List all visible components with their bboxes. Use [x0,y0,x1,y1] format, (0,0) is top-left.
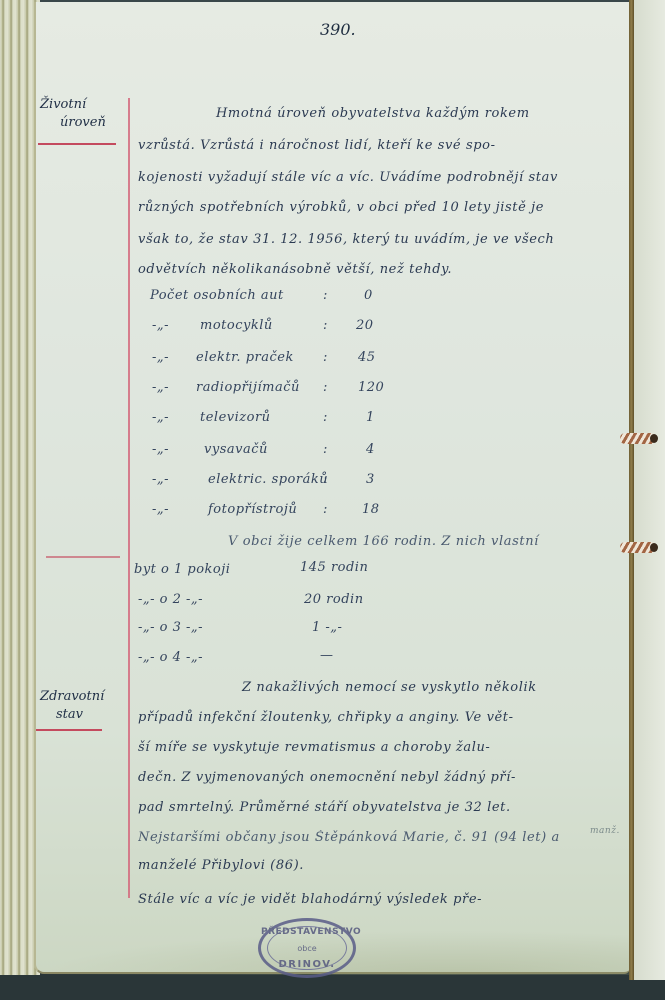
inventory-sep: : [323,472,328,487]
inventory-value: 3 [366,472,375,487]
inventory-item: elektric. sporáků [208,472,328,487]
paragraph-line: Hmotná úroveň obyvatelstva každým rokem [138,106,588,121]
ditto-mark: -„- [152,472,169,487]
margin-divider [46,556,120,558]
inventory-item: televizorů [200,410,271,425]
inventory-value: 20 [356,318,374,333]
inventory-sep: : [323,380,328,395]
inventory-value: 120 [358,380,384,395]
next-page-edge [634,0,665,980]
housing-intro: V obci žije celkem 166 rodin. Z nich vla… [138,534,588,549]
ditto-mark: -„- [152,410,169,425]
inventory-item: vysavačů [204,442,268,457]
housing-families: 20 rodin [304,592,364,607]
stamp-bottom-text: DRINOV. [261,959,353,970]
inventory-item: elektr. praček [196,350,294,365]
housing-rooms: -„- o 2 -„- [138,592,203,607]
housing-families: 1 -„- [312,620,342,635]
paragraph-line: odvětvích několikanásobně větší, než teh… [138,262,588,277]
paragraph-line: ší míře se vyskytuje revmatismus a choro… [138,740,588,755]
inventory-value: 1 [366,410,375,425]
paragraph-line: vzrůstá. Vzrůstá i náročnost lidí, kteří… [138,138,588,153]
inventory-value: 0 [364,288,373,303]
housing-families: 145 rodin [300,560,368,575]
paragraph-line: manželé Přibylovi (86). [138,858,588,873]
inventory-item: Počet osobních aut [150,288,284,303]
paragraph-line: Nejstaršími občany jsou Štěpánková Marie… [138,830,578,845]
paragraph-line: případů infekční žloutenky, chřipky a an… [138,710,588,725]
ditto-mark: -„- [152,502,169,517]
inventory-item: radiopřijímačů [196,380,300,395]
margin-heading-line: úroveň [40,114,106,132]
housing-rooms: -„- o 3 -„- [138,620,203,635]
margin-heading-line: stav [40,706,104,724]
inventory-sep: : [323,350,328,365]
stamp-top-text: PŘEDSTAVENSTVO [261,927,353,937]
ditto-mark: -„- [152,380,169,395]
inventory-value: 45 [358,350,376,365]
inventory-sep: : [323,442,328,457]
binding-string-icon [620,542,656,553]
housing-rooms: byt o 1 pokoji [134,562,230,577]
inventory-sep: : [323,318,328,333]
inventory-value: 4 [366,442,375,457]
stamp-middle-text: obce [261,944,353,953]
ditto-mark: -„- [152,442,169,457]
margin-heading-zivotni-uroven: Životní úroveň [40,96,106,132]
inventory-sep: : [323,502,328,517]
margin-heading-line: Zdravotní [40,688,104,706]
housing-families: — [320,648,334,663]
paragraph-line: však to, že stav 31. 12. 1956, který tu … [138,232,588,247]
ditto-mark: -„- [152,350,169,365]
paragraph-line: dečn. Z vyjmenovaných onemocnění nebyl ž… [138,770,588,785]
margin-heading-underline [36,729,102,731]
margin-rule [128,98,130,898]
inventory-sep: : [323,410,328,425]
ditto-mark: -„- [152,318,169,333]
official-stamp: PŘEDSTAVENSTVO obce DRINOV. [258,918,356,978]
margin-heading-zdravotni-stav: Zdravotní stav [40,688,104,724]
binding-string-icon [620,433,656,444]
continuation-line: Stále víc a víc je vidět blahodárný výsl… [138,892,588,907]
marginal-note: manž. [590,826,620,836]
inventory-item: motocyklů [200,318,273,333]
paragraph-line: kojenosti vyžadují stále víc a víc. Uvád… [138,170,588,185]
margin-heading-underline [38,143,116,145]
page-number: 390. [320,20,356,39]
inventory-sep: : [323,288,328,303]
margin-heading-line: Životní [40,96,106,114]
inventory-value: 18 [362,502,380,517]
inventory-item: fotopřístrojů [208,502,297,517]
housing-rooms: -„- o 4 -„- [138,650,203,665]
paragraph-line: různých spotřebních výrobků, v obci před… [138,200,588,215]
paragraph-line: Z nakažlivých nemocí se vyskytlo několik [138,680,588,695]
paragraph-line: pad smrtelný. Průměrné stáří obyvatelstv… [138,800,588,815]
